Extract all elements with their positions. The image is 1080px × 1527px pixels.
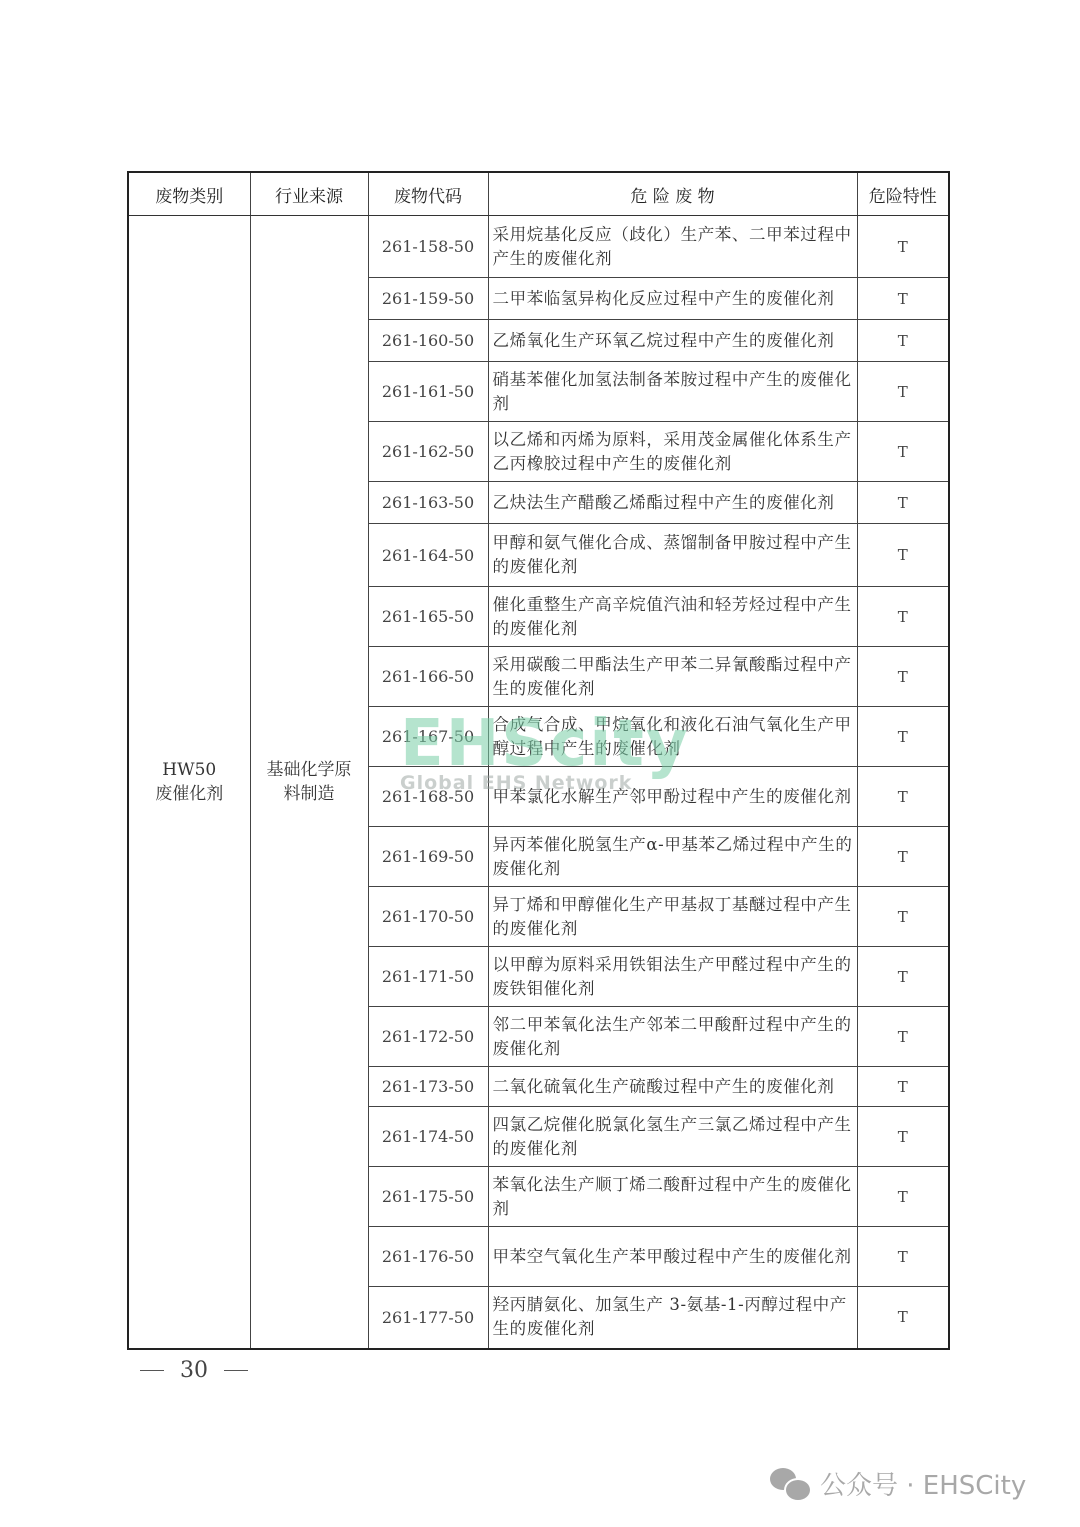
hazard-characteristic-cell: T [857, 947, 949, 1007]
waste-description-cell: 以甲醇为原料采用铁钼法生产甲醛过程中产生的废铁钼催化剂 [488, 947, 857, 1007]
waste-description-cell: 羟丙腈氨化、加氢生产 3-氨基-1-丙醇过程中产生的废催化剂 [488, 1287, 857, 1349]
footer-label: 公众号 · EHSCity [820, 1465, 1026, 1502]
waste-code-cell: 261-168-50 [368, 767, 488, 827]
waste-description-cell: 四氯乙烷催化脱氯化氢生产三氯乙烯过程中产生的废催化剂 [488, 1107, 857, 1167]
waste-code-cell: 261-166-50 [368, 647, 488, 707]
hazard-characteristic-cell: T [857, 278, 949, 320]
hazard-characteristic-cell: T [857, 827, 949, 887]
waste-code-cell: 261-175-50 [368, 1167, 488, 1227]
header-waste-code: 废物代码 [368, 172, 488, 216]
waste-description-cell: 异丙苯催化脱氢生产α-甲基苯乙烯过程中产生的废催化剂 [488, 827, 857, 887]
table-row: HW50废催化剂基础化学原料制造261-158-50采用烷基化反应（歧化）生产苯… [128, 216, 949, 278]
waste-description-cell: 邻二甲苯氧化法生产邻苯二甲酸酐过程中产生的废催化剂 [488, 1007, 857, 1067]
waste-description-cell: 乙烯氧化生产环氧乙烷过程中产生的废催化剂 [488, 320, 857, 362]
hazard-characteristic-cell: T [857, 422, 949, 482]
hazard-characteristic-cell: T [857, 767, 949, 827]
waste-description-cell: 甲苯空气氧化生产苯甲酸过程中产生的废催化剂 [488, 1227, 857, 1287]
waste-description-cell: 硝基苯催化加氢法制备苯胺过程中产生的废催化剂 [488, 362, 857, 422]
wechat-icon [770, 1466, 812, 1502]
waste-description-cell: 乙炔法生产醋酸乙烯酯过程中产生的废催化剂 [488, 482, 857, 524]
category-code: HW50 [129, 758, 250, 782]
waste-description-cell: 甲醇和氨气催化合成、蒸馏制备甲胺过程中产生的废催化剂 [488, 524, 857, 587]
header-industry-source: 行业来源 [250, 172, 368, 216]
hazard-characteristic-cell: T [857, 362, 949, 422]
waste-code-cell: 261-167-50 [368, 707, 488, 767]
waste-description-cell: 以乙烯和丙烯为原料，采用茂金属催化体系生产乙丙橡胶过程中产生的废催化剂 [488, 422, 857, 482]
page-number-text: 30 [180, 1358, 208, 1383]
waste-description-cell: 催化重整生产高辛烷值汽油和轻芳烃过程中产生的废催化剂 [488, 587, 857, 647]
hazardous-waste-table: 废物类别 行业来源 废物代码 危 险 废 物 危险特性 HW50废催化剂基础化学… [127, 171, 950, 1350]
waste-code-cell: 261-169-50 [368, 827, 488, 887]
hazard-characteristic-cell: T [857, 647, 949, 707]
dash-right [224, 1370, 248, 1372]
waste-description-cell: 甲苯氯化水解生产邻甲酚过程中产生的废催化剂 [488, 767, 857, 827]
waste-description-cell: 采用烷基化反应（歧化）生产苯、二甲苯过程中产生的废催化剂 [488, 216, 857, 278]
hazard-characteristic-cell: T [857, 524, 949, 587]
hazard-characteristic-cell: T [857, 1067, 949, 1107]
hazard-characteristic-cell: T [857, 216, 949, 278]
waste-code-cell: 261-174-50 [368, 1107, 488, 1167]
table-header-row: 废物类别 行业来源 废物代码 危 险 废 物 危险特性 [128, 172, 949, 216]
waste-description-cell: 合成气合成、甲烷氧化和液化石油气氧化生产甲醇过程中产生的废催化剂 [488, 707, 857, 767]
hazard-characteristic-cell: T [857, 887, 949, 947]
header-hazard-characteristic: 危险特性 [857, 172, 949, 216]
industry-source-cell: 基础化学原料制造 [250, 216, 368, 1349]
waste-code-cell: 261-165-50 [368, 587, 488, 647]
waste-code-cell: 261-163-50 [368, 482, 488, 524]
dash-left [140, 1370, 164, 1372]
waste-code-cell: 261-177-50 [368, 1287, 488, 1349]
hazard-characteristic-cell: T [857, 1287, 949, 1349]
hazard-characteristic-cell: T [857, 320, 949, 362]
waste-code-cell: 261-171-50 [368, 947, 488, 1007]
hazard-characteristic-cell: T [857, 587, 949, 647]
page-number: 30 [140, 1358, 248, 1383]
waste-category-cell: HW50废催化剂 [128, 216, 250, 1349]
hazard-characteristic-cell: T [857, 1007, 949, 1067]
waste-code-cell: 261-176-50 [368, 1227, 488, 1287]
footer-brand: 公众号 · EHSCity [770, 1465, 1026, 1502]
waste-description-cell: 苯氧化法生产顺丁烯二酸酐过程中产生的废催化剂 [488, 1167, 857, 1227]
waste-code-cell: 261-159-50 [368, 278, 488, 320]
header-hazardous-waste: 危 险 废 物 [488, 172, 857, 216]
header-waste-category: 废物类别 [128, 172, 250, 216]
hazard-characteristic-cell: T [857, 1107, 949, 1167]
table-body: HW50废催化剂基础化学原料制造261-158-50采用烷基化反应（歧化）生产苯… [128, 216, 949, 1349]
waste-code-cell: 261-164-50 [368, 524, 488, 587]
waste-code-cell: 261-173-50 [368, 1067, 488, 1107]
waste-code-cell: 261-161-50 [368, 362, 488, 422]
hazard-characteristic-cell: T [857, 1227, 949, 1287]
waste-code-cell: 261-158-50 [368, 216, 488, 278]
waste-code-cell: 261-160-50 [368, 320, 488, 362]
hazard-characteristic-cell: T [857, 1167, 949, 1227]
waste-description-cell: 二甲苯临氢异构化反应过程中产生的废催化剂 [488, 278, 857, 320]
waste-code-cell: 261-162-50 [368, 422, 488, 482]
hazard-characteristic-cell: T [857, 482, 949, 524]
waste-description-cell: 二氧化硫氧化生产硫酸过程中产生的废催化剂 [488, 1067, 857, 1107]
hazard-characteristic-cell: T [857, 707, 949, 767]
waste-description-cell: 异丁烯和甲醇催化生产甲基叔丁基醚过程中产生的废催化剂 [488, 887, 857, 947]
waste-code-cell: 261-172-50 [368, 1007, 488, 1067]
waste-code-cell: 261-170-50 [368, 887, 488, 947]
waste-description-cell: 采用碳酸二甲酯法生产甲苯二异氰酸酯过程中产生的废催化剂 [488, 647, 857, 707]
category-name: 废催化剂 [129, 782, 250, 806]
